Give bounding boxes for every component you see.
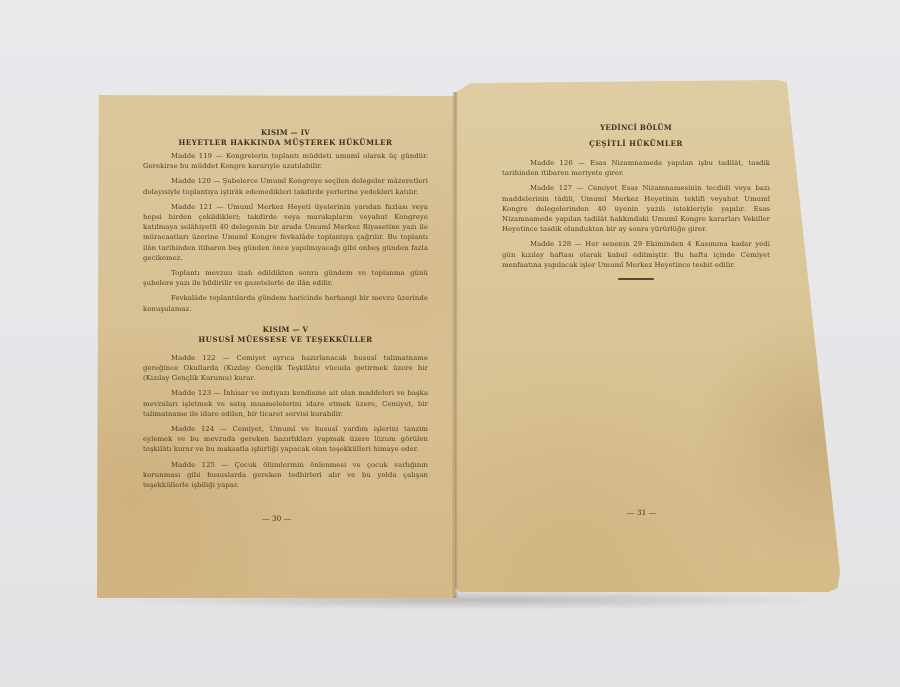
paragraph: Madde 127 — Cemiyet Esas Nizamnamesinin … bbox=[502, 183, 770, 234]
paragraph: Madde 120 — Şubelerce Umumî Kongreye seç… bbox=[143, 176, 428, 196]
left-page-text: KISIM — IV HEYETLER HAKKINDA MÜŞTEREK HÜ… bbox=[143, 128, 428, 495]
page-number-right: — 31 — bbox=[627, 508, 656, 517]
page-number-left: — 30 — bbox=[262, 514, 291, 523]
chapter-subtitle: ÇEŞİTLİ HÜKÜMLER bbox=[502, 139, 770, 149]
section-subtitle: HUSUSÎ MÜESSESE VE TEŞEKKÜLLER bbox=[143, 335, 428, 345]
right-page-text: YEDİNCİ BÖLÜM ÇEŞİTLİ HÜKÜMLER Madde 126… bbox=[502, 123, 770, 280]
paragraph: Madde 124 — Cemiyet, Umumî ve hususî yar… bbox=[143, 424, 428, 455]
book-spine-gutter bbox=[452, 92, 458, 598]
paragraph: Madde 119 — Kongrelerin toplantı müddeti… bbox=[143, 151, 428, 171]
paragraph: Madde 128 — Her senenin 29 Ekiminden 4 K… bbox=[502, 239, 770, 270]
paragraph: Madde 123 — İnhisar ve imtiyazı kendisin… bbox=[143, 388, 428, 419]
paragraph: Madde 121 — Umumî Merkez Heyeti üyelerin… bbox=[143, 202, 428, 263]
chapter-title: YEDİNCİ BÖLÜM bbox=[502, 123, 770, 133]
end-rule bbox=[618, 278, 654, 280]
paragraph: Toplantı mevzuu izah edildikten sonra gü… bbox=[143, 268, 428, 288]
section-title: KISIM — IV bbox=[143, 128, 428, 138]
paragraph: Madde 125 — Çocuk ölümlerinin önlenmesi … bbox=[143, 460, 428, 491]
paragraph: Madde 126 — Esas Nizamnamede yapılan işb… bbox=[502, 158, 770, 178]
paragraph: Madde 122 — Cemiyet ayrıca hazırlanacak … bbox=[143, 353, 428, 384]
paragraph: Fevkalâde toplantılarda gündem haricinde… bbox=[143, 293, 428, 313]
section-title: KISIM — V bbox=[143, 325, 428, 335]
section-subtitle: HEYETLER HAKKINDA MÜŞTEREK HÜKÜMLER bbox=[143, 138, 428, 148]
